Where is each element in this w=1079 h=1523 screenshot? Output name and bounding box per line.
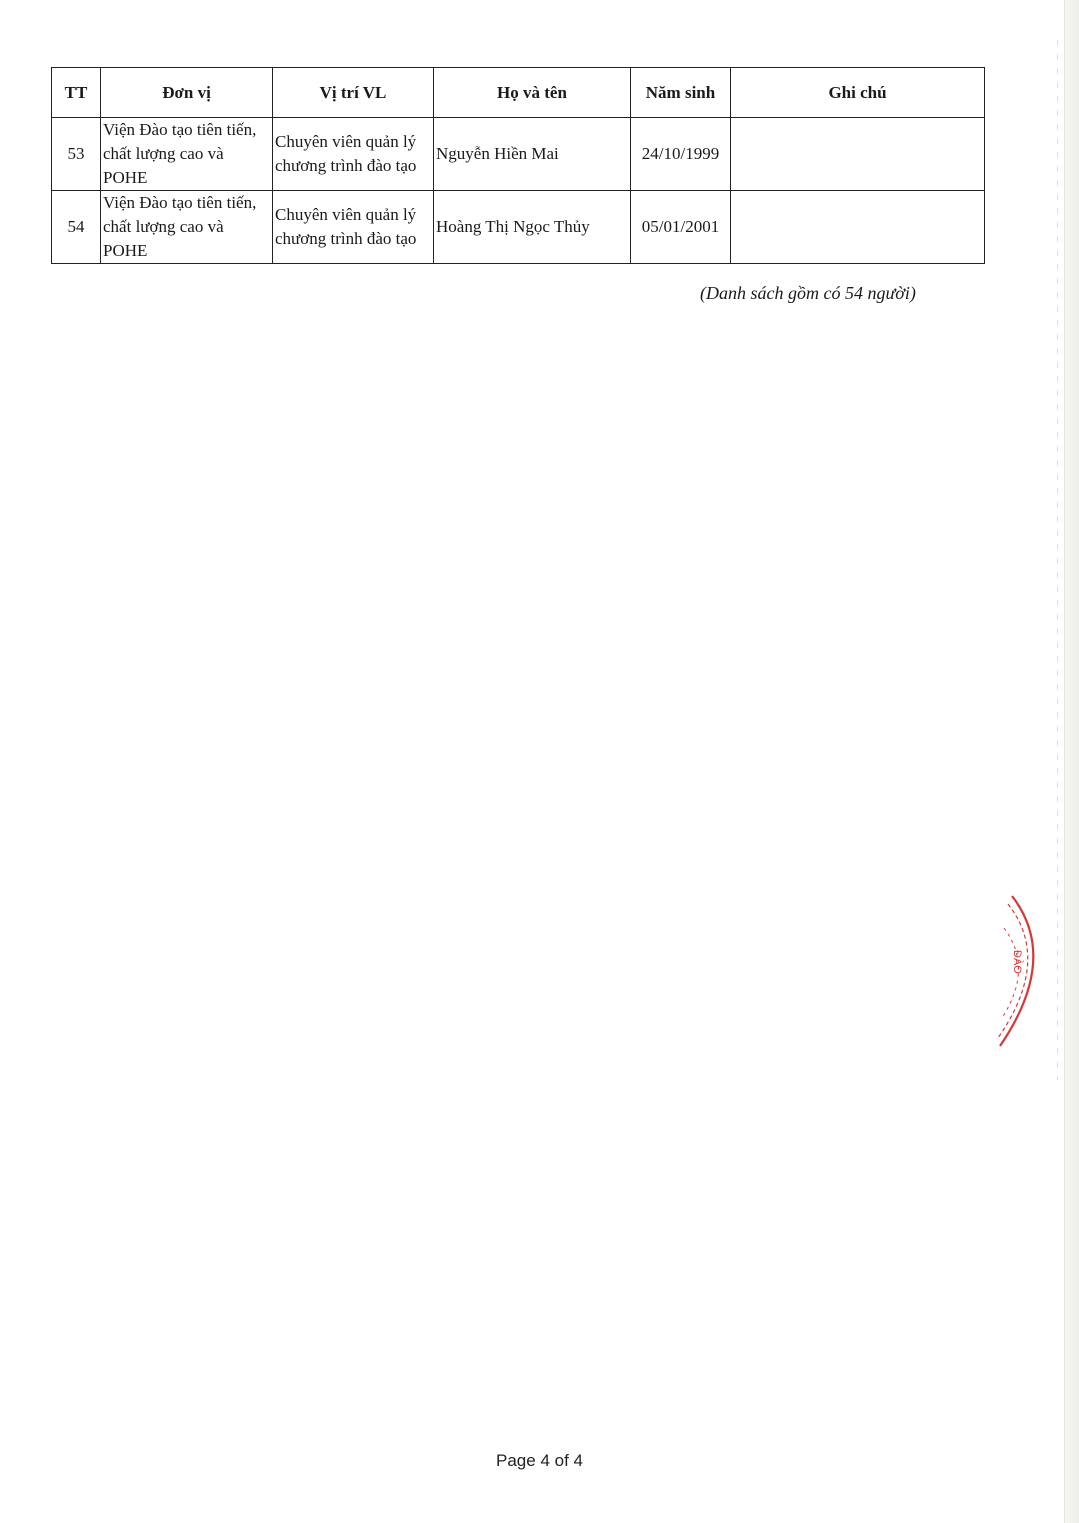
header-don-vi: Đơn vị: [101, 68, 273, 118]
header-ghi-chu: Ghi chú: [731, 68, 985, 118]
cell-vi-tri: Chuyên viên quản lý chương trình đào tạo: [273, 191, 434, 264]
header-tt: TT: [52, 68, 101, 118]
cell-don-vi: Viện Đào tạo tiên tiến, chất lượng cao v…: [101, 118, 273, 191]
red-stamp-partial-icon: ĐÀO: [990, 888, 1060, 1058]
page-number: Page 4 of 4: [0, 1451, 1079, 1471]
cell-ho-ten: Hoàng Thị Ngọc Thủy: [434, 191, 631, 264]
cell-tt: 53: [52, 118, 101, 191]
stamp-text: ĐÀO: [1011, 950, 1024, 974]
cell-nam-sinh: 05/01/2001: [631, 191, 731, 264]
staff-list-table: TT Đơn vị Vị trí VL Họ và tên Năm sinh G…: [51, 67, 985, 264]
cell-ghi-chu: [731, 118, 985, 191]
table-row: 53 Viện Đào tạo tiên tiến, chất lượng ca…: [52, 118, 985, 191]
scan-page-edge: [1064, 0, 1079, 1523]
cell-ho-ten: Nguyễn Hiền Mai: [434, 118, 631, 191]
cell-don-vi: Viện Đào tạo tiên tiến, chất lượng cao v…: [101, 191, 273, 264]
header-ho-ten: Họ và tên: [434, 68, 631, 118]
table-row: 54 Viện Đào tạo tiên tiến, chất lượng ca…: [52, 191, 985, 264]
header-vi-tri: Vị trí VL: [273, 68, 434, 118]
cell-vi-tri: Chuyên viên quản lý chương trình đào tạo: [273, 118, 434, 191]
header-nam-sinh: Năm sinh: [631, 68, 731, 118]
list-count-note: (Danh sách gồm có 54 người): [700, 283, 916, 304]
cell-nam-sinh: 24/10/1999: [631, 118, 731, 191]
cell-tt: 54: [52, 191, 101, 264]
cell-ghi-chu: [731, 191, 985, 264]
table-header-row: TT Đơn vị Vị trí VL Họ và tên Năm sinh G…: [52, 68, 985, 118]
